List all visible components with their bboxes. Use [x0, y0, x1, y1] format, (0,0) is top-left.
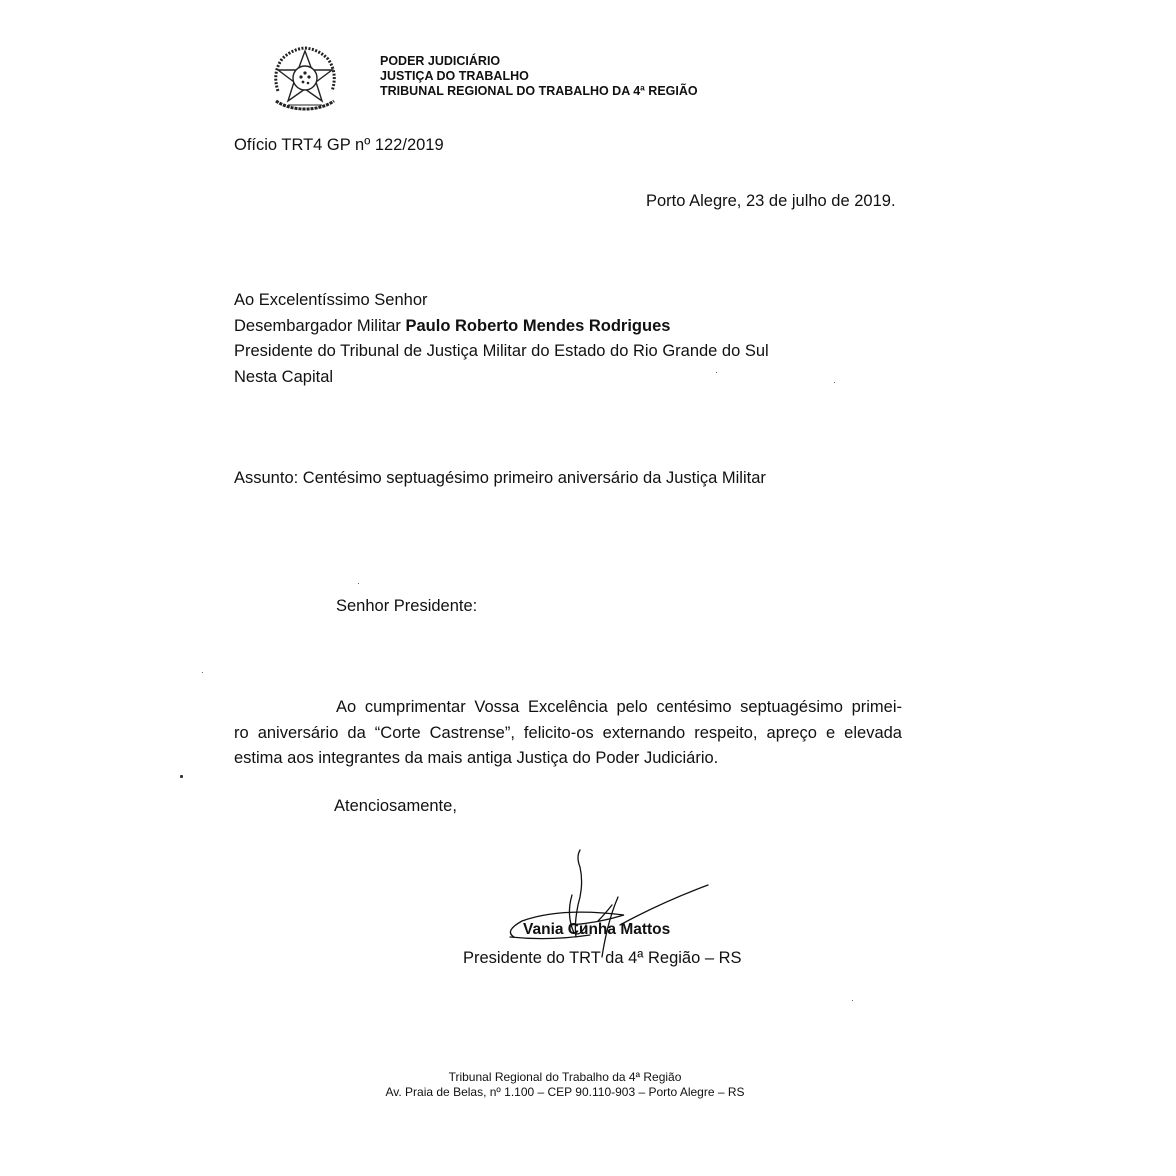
handwritten-signature: [500, 845, 720, 960]
closing: Atenciosamente,: [334, 794, 457, 818]
greeting: Senhor Presidente:: [336, 594, 477, 618]
subject-line: Assunto: Centésimo septuagésimo primeiro…: [234, 466, 766, 490]
body-line-1: Ao cumprimentar Vossa Excelência pelo ce…: [234, 695, 902, 721]
scan-speck: [716, 372, 717, 373]
letterhead-line-1: PODER JUDICIÁRIO: [380, 54, 698, 69]
body-line-2: ro aniversário da “Corte Castrense”, fel…: [234, 721, 902, 747]
letterhead-line-2: JUSTIÇA DO TRABALHO: [380, 69, 698, 84]
scan-speck: [180, 775, 183, 778]
recipient-role: Desembargador Militar: [234, 317, 405, 335]
footer-line-1: Tribunal Regional do Trabalho da 4ª Regi…: [360, 1070, 770, 1085]
document-reference: Ofício TRT4 GP nº 122/2019: [234, 133, 444, 157]
recipient-location: Nesta Capital: [234, 365, 769, 391]
scan-speck: [202, 672, 203, 673]
recipient-block: Ao Excelentíssimo Senhor Desembargador M…: [234, 288, 769, 390]
recipient-name-line: Desembargador Militar Paulo Roberto Mend…: [234, 314, 769, 340]
recipient-name: Paulo Roberto Mendes Rodrigues: [405, 317, 670, 335]
letterhead-line-3: TRIBUNAL REGIONAL DO TRABALHO DA 4ª REGI…: [380, 84, 698, 99]
scan-speck: [358, 583, 359, 584]
body-paragraph: Ao cumprimentar Vossa Excelência pelo ce…: [234, 695, 902, 772]
signatory-title: Presidente do TRT da 4ª Região – RS: [463, 946, 742, 970]
scan-speck: [852, 1000, 853, 1001]
body-line-3: estima aos integrantes da mais antiga Ju…: [234, 746, 902, 772]
letterhead-text: PODER JUDICIÁRIO JUSTIÇA DO TRABALHO TRI…: [380, 54, 698, 99]
scan-speck: [834, 382, 835, 383]
recipient-salutation: Ao Excelentíssimo Senhor: [234, 288, 769, 314]
brazil-coat-of-arms-icon: [268, 43, 342, 117]
date-line: Porto Alegre, 23 de julho de 2019.: [646, 189, 896, 213]
recipient-position: Presidente do Tribunal de Justiça Milita…: [234, 339, 769, 365]
footer-address: Tribunal Regional do Trabalho da 4ª Regi…: [360, 1070, 770, 1100]
signatory-name: Vania Cunha Mattos: [523, 921, 670, 939]
footer-line-2: Av. Praia de Belas, nº 1.100 – CEP 90.11…: [360, 1085, 770, 1100]
